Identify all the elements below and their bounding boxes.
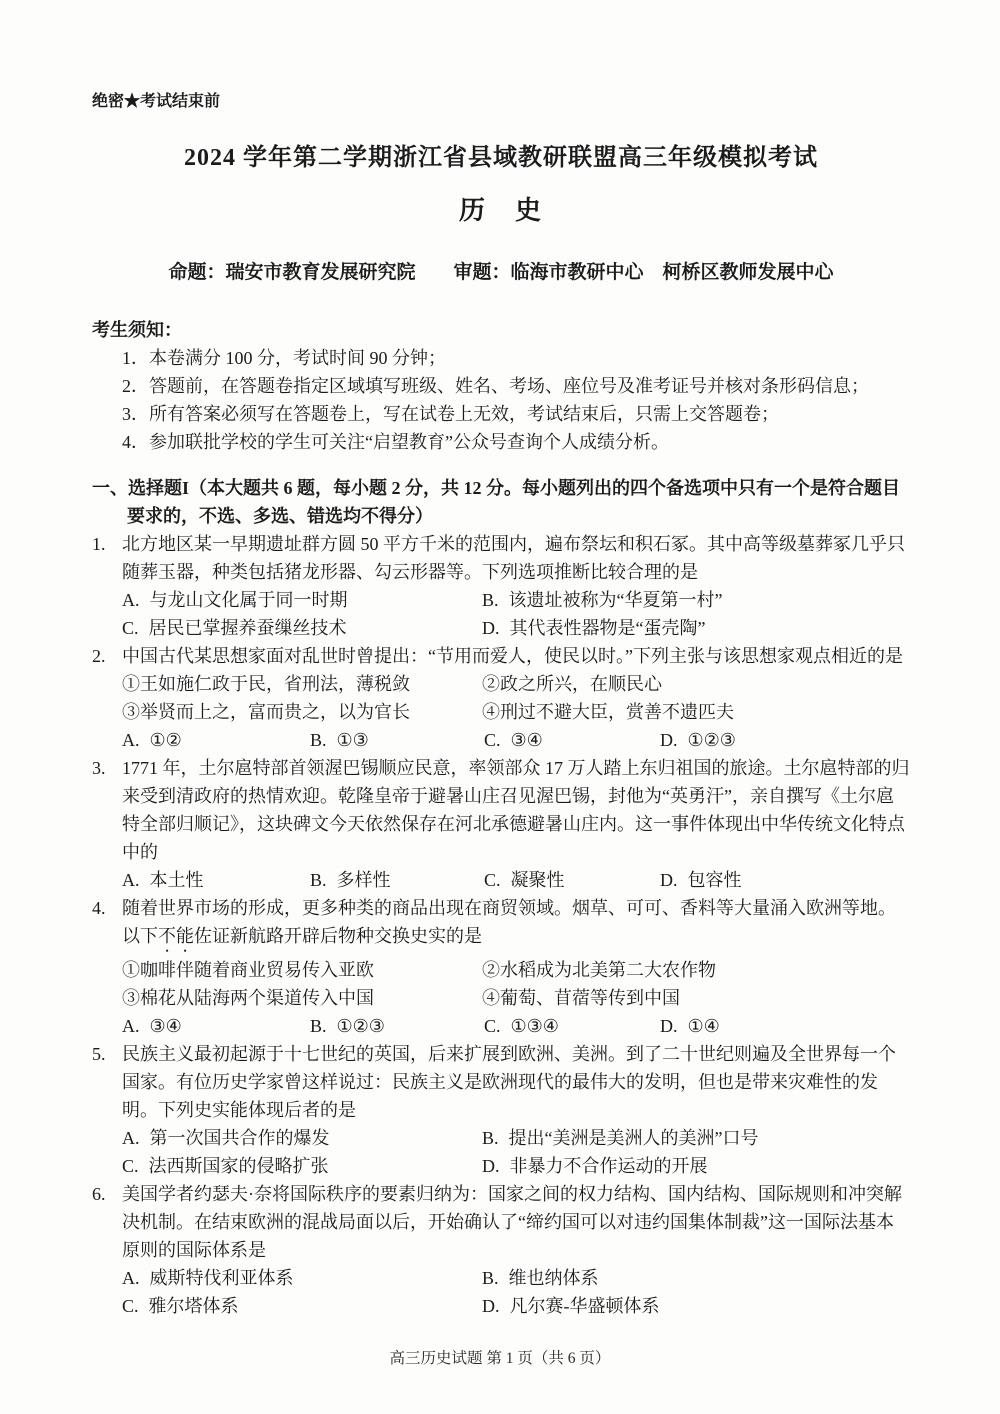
subitem: ④葡萄、苜蓿等传到中国 [482,984,910,1012]
option-A: A.①② [122,726,310,754]
question-text: 随着世界市场的形成，更多种类的商品出现在商贸领域。烟草、可可、香料等大量涌入欧洲… [122,898,896,946]
option-B: B.多样性 [310,866,484,894]
emphasized-text: 不能 [158,926,194,946]
subitem: ①咖啡伴随着商业贸易传入亚欧 [122,956,482,984]
question-6: 6.美国学者约瑟夫·奈将国际秩序的要素归纳为：国家之间的权力结构、国内结构、国际… [92,1180,910,1320]
option-label: C. [484,730,501,750]
option-label: B. [482,1268,499,1288]
question-stem: 5.民族主义最初起源于十七世纪的英国，后来扩展到欧洲、美洲。到了二十世纪则遍及全… [92,1040,910,1124]
option-C: C.③④ [484,726,660,754]
option-A: A.威斯特伐利亚体系 [122,1264,482,1292]
option-label: D. [482,1296,500,1316]
question-options: A.③④B.①②③C.①③④D.①④ [122,1012,910,1040]
question-stem: 3.1771 年，土尔扈特部首领渥巴锡顺应民意，率领部众 17 万人踏上东归祖国… [92,754,910,866]
option-label: A. [122,590,140,610]
question-stem: 4.随着世界市场的形成，更多种类的商品出现在商贸领域。烟草、可可、香料等大量涌入… [92,894,910,956]
question-subitems: ①王如施仁政于民，省刑法，薄税敛②政之所兴，在顺民心③举贤而上之，富而贵之，以为… [122,670,910,726]
question-1: 1.北方地区某一早期遗址群方圆 50 平方千米的范围内，遍布祭坛和积石冢。其中高… [92,530,910,642]
question-3: 3.1771 年，土尔扈特部首领渥巴锡顺应民意，率领部众 17 万人踏上东归祖国… [92,754,910,894]
notice-item: 2．答题前，在答题卷指定区域填写班级、姓名、考场、座位号及准考证号并核对条形码信… [92,372,910,400]
option-A: A.第一次国共合作的爆发 [122,1124,482,1152]
option-label: D. [482,618,500,638]
option-text: ①④ [688,1016,720,1036]
question-number: 2. [92,642,122,670]
question-number: 3. [92,754,122,782]
page-footer: 高三历史试题 第 1 页（共 6 页） [0,1346,1000,1368]
option-text: 雅尔塔体系 [149,1296,239,1316]
option-D: D.①②③ [660,726,910,754]
option-label: D. [482,1156,500,1176]
notice-item-list: 1．本卷满分 100 分，考试时间 90 分钟；2．答题前，在答题卷指定区域填写… [92,344,910,456]
subitem: ④刑过不避大臣，赏善不遗匹夫 [482,698,910,726]
option-D: D.其代表性器物是“蛋壳陶” [482,614,910,642]
option-text: 与龙山文化属于同一时期 [150,590,348,610]
option-label: B. [310,870,327,890]
option-text: 凝聚性 [511,870,565,890]
question-number: 5. [92,1040,122,1068]
question-text: 民族主义最初起源于十七世纪的英国，后来扩展到欧洲、美洲。到了二十世纪则遍及全世界… [122,1044,896,1120]
notice-heading: 考生须知： [92,316,910,344]
option-label: C. [122,1156,139,1176]
question-stem: 2.中国古代某思想家面对乱世时曾提出：“节用而爱人，使民以时。”下列主张与该思想… [92,642,910,670]
option-text: 维也纳体系 [509,1268,599,1288]
option-text: ①②③ [688,730,736,750]
option-C: C.雅尔塔体系 [122,1292,482,1320]
question-options: A.本土性B.多样性C.凝聚性D.包容性 [122,866,910,894]
option-C: C.凝聚性 [484,866,660,894]
option-text: 该遗址被称为“华夏第一村” [509,590,723,610]
subitem: ②政之所兴，在顺民心 [482,670,910,698]
question-options: A.与龙山文化属于同一时期B.该遗址被称为“华夏第一村”C.居民已掌握养蚕缫丝技… [122,586,910,642]
question-number: 1. [92,530,122,558]
option-B: B.①②③ [310,1012,484,1040]
option-D: D.①④ [660,1012,910,1040]
classification-label: 绝密★考试结束前 [92,88,910,111]
subitem: ③棉花从陆海两个渠道传入中国 [122,984,482,1012]
question-text: 美国学者约瑟夫·奈将国际秩序的要素归纳为：国家之间的权力结构、国内结构、国际规则… [122,1184,902,1260]
option-label: A. [122,870,140,890]
option-label: D. [660,730,678,750]
exam-title: 2024 学年第二学期浙江省县域教研联盟高三年级模拟考试 [92,137,910,172]
question-text: 北方地区某一早期遗址群方圆 50 平方千米的范围内，遍布祭坛和积石冢。其中高等级… [122,534,905,582]
question-stem: 6.美国学者约瑟夫·奈将国际秩序的要素归纳为：国家之间的权力结构、国内结构、国际… [92,1180,910,1264]
question-options: A.威斯特伐利亚体系B.维也纳体系C.雅尔塔体系D.凡尔赛-华盛顿体系 [122,1264,910,1320]
option-D: D.包容性 [660,866,910,894]
option-text: ①② [150,730,182,750]
question-number: 4. [92,894,122,922]
option-D: D.凡尔赛-华盛顿体系 [482,1292,910,1320]
question-list: 1.北方地区某一早期遗址群方圆 50 平方千米的范围内，遍布祭坛和积石冢。其中高… [92,530,910,1320]
question-options: A.①②B.①③C.③④D.①②③ [122,726,910,754]
question-5: 5.民族主义最初起源于十七世纪的英国，后来扩展到欧洲、美洲。到了二十世纪则遍及全… [92,1040,910,1180]
option-A: A.本土性 [122,866,310,894]
question-number: 6. [92,1180,122,1208]
option-C: C.法西斯国家的侵略扩张 [122,1152,482,1180]
option-A: A.与龙山文化属于同一时期 [122,586,482,614]
option-text: 非暴力不合作运动的开展 [510,1156,708,1176]
option-text: 法西斯国家的侵略扩张 [149,1156,329,1176]
option-B: B.提出“美洲是美洲人的美洲”口号 [482,1124,910,1152]
option-B: B.①③ [310,726,484,754]
option-label: C. [484,1016,501,1036]
option-text: 其代表性器物是“蛋壳陶” [510,618,706,638]
option-text: ③④ [511,730,543,750]
option-text: 多样性 [337,870,391,890]
candidate-notice: 考生须知： 1．本卷满分 100 分，考试时间 90 分钟；2．答题前，在答题卷… [92,316,910,456]
option-text: 居民已掌握养蚕缫丝技术 [149,618,347,638]
option-text: 威斯特伐利亚体系 [150,1268,294,1288]
question-2: 2.中国古代某思想家面对乱世时曾提出：“节用而爱人，使民以时。”下列主张与该思想… [92,642,910,754]
notice-item: 4．参加联批学校的学生可关注“启望教育”公众号查询个人成绩分析。 [92,428,910,456]
option-text: 提出“美洲是美洲人的美洲”口号 [509,1128,759,1148]
option-label: D. [660,1016,678,1036]
exam-paper-page: 绝密★考试结束前 2024 学年第二学期浙江省县域教研联盟高三年级模拟考试 历 … [0,0,1000,1414]
notice-item: 1．本卷满分 100 分，考试时间 90 分钟； [92,344,910,372]
question-text: 中国古代某思想家面对乱世时曾提出：“节用而爱人，使民以时。”下列主张与该思想家观… [122,646,903,666]
question-4: 4.随着世界市场的形成，更多种类的商品出现在商贸领域。烟草、可可、香料等大量涌入… [92,894,910,1040]
option-text: 第一次国共合作的爆发 [150,1128,330,1148]
option-label: B. [482,1128,499,1148]
option-label: A. [122,1128,140,1148]
question-text: 1771 年，土尔扈特部首领渥巴锡顺应民意，率领部众 17 万人踏上东归祖国的旅… [122,758,910,862]
exam-subject: 历 史 [92,190,910,227]
option-label: C. [484,870,501,890]
option-label: D. [660,870,678,890]
option-label: C. [122,1296,139,1316]
option-label: A. [122,1268,140,1288]
option-text: ①③④ [511,1016,559,1036]
exam-credits: 命题：瑞安市教育发展研究院 审题：临海市教研中心 柯桥区教师发展中心 [92,257,910,284]
option-label: B. [310,730,327,750]
option-text: ①②③ [337,1016,385,1036]
option-B: B.维也纳体系 [482,1264,910,1292]
option-label: A. [122,1016,140,1036]
option-label: C. [122,618,139,638]
option-label: B. [482,590,499,610]
option-C: C.居民已掌握养蚕缫丝技术 [122,614,482,642]
question-subitems: ①咖啡伴随着商业贸易传入亚欧②水稻成为北美第二大农作物③棉花从陆海两个渠道传入中… [122,956,910,1012]
option-A: A.③④ [122,1012,310,1040]
option-D: D.非暴力不合作运动的开展 [482,1152,910,1180]
option-text: 凡尔赛-华盛顿体系 [510,1296,660,1316]
section-heading-text: 一、选择题I（本大题共 6 题，每小题 2 分，共 12 分。每小题列出的四个备… [92,478,900,526]
notice-item: 3．所有答案必须写在答题卷上，写在试卷上无效，考试结束后，只需上交答题卷； [92,400,910,428]
option-B: B.该遗址被称为“华夏第一村” [482,586,910,614]
subitem: ①王如施仁政于民，省刑法，薄税敛 [122,670,482,698]
question-stem: 1.北方地区某一早期遗址群方圆 50 平方千米的范围内，遍布祭坛和积石冢。其中高… [92,530,910,586]
option-text: 包容性 [688,870,742,890]
section-heading: 一、选择题I（本大题共 6 题，每小题 2 分，共 12 分。每小题列出的四个备… [92,474,910,530]
question-options: A.第一次国共合作的爆发B.提出“美洲是美洲人的美洲”口号C.法西斯国家的侵略扩… [122,1124,910,1180]
option-label: A. [122,730,140,750]
option-text: 本土性 [150,870,204,890]
option-label: B. [310,1016,327,1036]
option-text: ③④ [150,1016,182,1036]
option-text: ①③ [337,730,369,750]
subitem: ②水稻成为北美第二大农作物 [482,956,910,984]
subitem: ③举贤而上之，富而贵之，以为官长 [122,698,482,726]
option-C: C.①③④ [484,1012,660,1040]
